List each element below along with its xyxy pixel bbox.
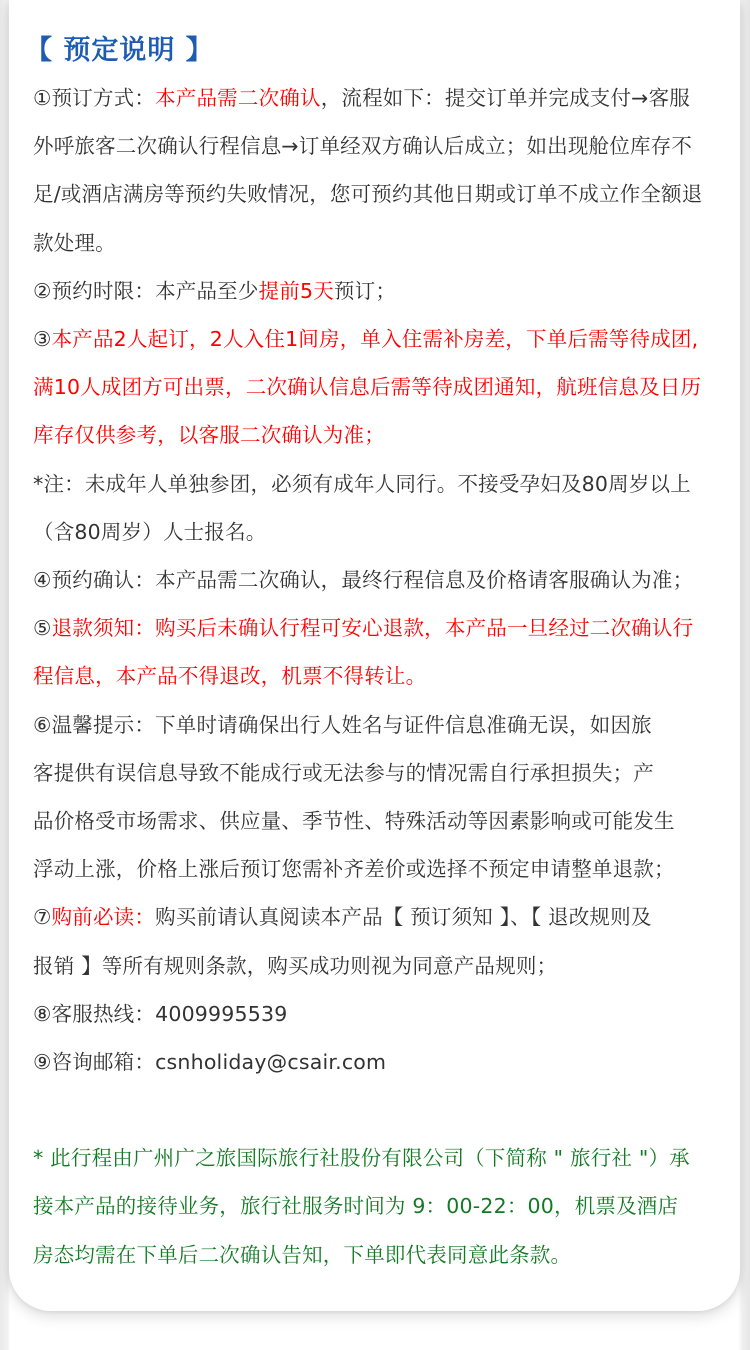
item-booking-confirm: ④预约确认：本产品需二次确认，最终行程信息及价格请客服确认为准； [33, 556, 745, 604]
item-label: 预订方式： [52, 86, 156, 110]
item-text: 温馨提示：下单时请确保出行人姓名与证件信息准确无误，如因旅 [52, 713, 652, 737]
item-text: 预订； [334, 279, 396, 303]
item-text: 报销 】等所有规则条款，购买成功则视为同意产品规则； [33, 942, 745, 990]
item-number: ③ [33, 327, 52, 351]
item-must-read: ⑦购前必读：购买前请认真阅读本产品【 预订须知 】、【 退改规则及 报销 】等所… [33, 893, 745, 989]
item-text: 浮动上涨，价格上涨后预订您需补齐差价或选择不预定申请整单退款； [33, 845, 745, 893]
item-hotline: ⑧客服热线：4009995539 [33, 990, 745, 1038]
item-text: 足/或酒店满房等预约失败情况，您可预约其他日期或订单不成立作全额退 [33, 170, 745, 218]
item-text: 程信息，本产品不得退改，机票不得转让。 [33, 652, 745, 700]
item-text: ，流程如下：提交订单并完成支付→客服 [321, 86, 690, 110]
item-text: 满10人成团方可出票，二次确认信息后需等待成团通知，航班信息及日历 [33, 363, 745, 411]
highlight-text: 提前5天 [259, 279, 334, 303]
email-address[interactable]: csnholiday@csair.com [155, 1050, 386, 1074]
footer-text: 接本产品的接待业务，旅行社服务时间为 9：00-22：00，机票及酒店 [33, 1182, 745, 1230]
item-email: ⑨咨询邮箱：csnholiday@csair.com [33, 1038, 745, 1086]
footer-text: * 此行程由广州广之旅国际旅行社股份有限公司（下简称 " 旅行社 "）承 [33, 1134, 745, 1182]
footer-note: * 此行程由广州广之旅国际旅行社股份有限公司（下简称 " 旅行社 "）承 接本产… [33, 1134, 745, 1279]
item-text: （含80周岁）人士报名。 [33, 508, 745, 556]
item-number: ④ [33, 568, 52, 592]
item-text: 退款须知：购买后未确认行程可安心退款，本产品一旦经过二次确认行 [52, 616, 694, 640]
item-text: 购买前请认真阅读本产品【 预订须知 】、【 退改规则及 [155, 905, 651, 929]
item-reminder: ⑥温馨提示：下单时请确保出行人姓名与证件信息准确无误，如因旅 客提供有误信息导致… [33, 701, 745, 894]
item-text: 预约确认：本产品需二次确认，最终行程信息及价格请客服确认为准； [52, 568, 694, 592]
item-text: 外呼旅客二次确认行程信息→订单经双方确认后成立；如出现舱位库存不 [33, 122, 745, 170]
item-text: 品价格受市场需求、供应量、季节性、特殊活动等因素影响或可能发生 [33, 797, 745, 845]
item-number: ⑨ [33, 1050, 52, 1074]
item-number: ⑦ [33, 905, 52, 929]
item-number: ⑥ [33, 713, 52, 737]
item-label: 客服热线： [52, 1002, 156, 1026]
item-refund-notice: ⑤退款须知：购买后未确认行程可安心退款，本产品一旦经过二次确认行 程信息，本产品… [33, 604, 745, 700]
item-booking-method: ①预订方式：本产品需二次确认，流程如下：提交订单并完成支付→客服 外呼旅客二次确… [33, 74, 745, 267]
highlight-label: 购前必读： [52, 905, 156, 929]
item-group-rule: ③本产品2人起订，2人入住1间房，单入住需补房差，下单后需等待成团, 满10人成… [33, 315, 745, 460]
item-text: 款处理。 [33, 219, 745, 267]
item-number: ② [33, 279, 52, 303]
item-number: ⑧ [33, 1002, 52, 1026]
booking-info-card: 【 预定说明 】 ①预订方式：本产品需二次确认，流程如下：提交订单并完成支付→客… [9, 0, 740, 1311]
item-text: 客提供有误信息导致不能成行或无法参与的情况需自行承担损失；产 [33, 749, 745, 797]
item-text: 本产品2人起订，2人入住1间房，单入住需补房差，下单后需等待成团, [52, 327, 699, 351]
item-number: ⑤ [33, 616, 52, 640]
item-label: 预约时限：本产品至少 [52, 279, 259, 303]
card-content: 【 预定说明 】 ①预订方式：本产品需二次确认，流程如下：提交订单并完成支付→客… [33, 28, 745, 1279]
item-text: *注：未成年人单独参团，必须有成年人同行。不接受孕妇及80周岁以上 [33, 460, 745, 508]
item-note: *注：未成年人单独参团，必须有成年人同行。不接受孕妇及80周岁以上 （含80周岁… [33, 460, 745, 556]
item-booking-deadline: ②预约时限：本产品至少提前5天预订； [33, 267, 745, 315]
spacer [33, 1086, 745, 1134]
highlight-text: 本产品需二次确认 [155, 86, 321, 110]
footer-text: 房态均需在下单后二次确认告知，下单即代表同意此条款。 [33, 1231, 745, 1279]
item-number: ① [33, 86, 52, 110]
hotline-number[interactable]: 4009995539 [155, 1002, 287, 1026]
item-text: 库存仅供参考，以客服二次确认为准； [33, 411, 745, 459]
section-title: 【 预定说明 】 [25, 28, 745, 74]
item-label: 咨询邮箱： [52, 1050, 156, 1074]
